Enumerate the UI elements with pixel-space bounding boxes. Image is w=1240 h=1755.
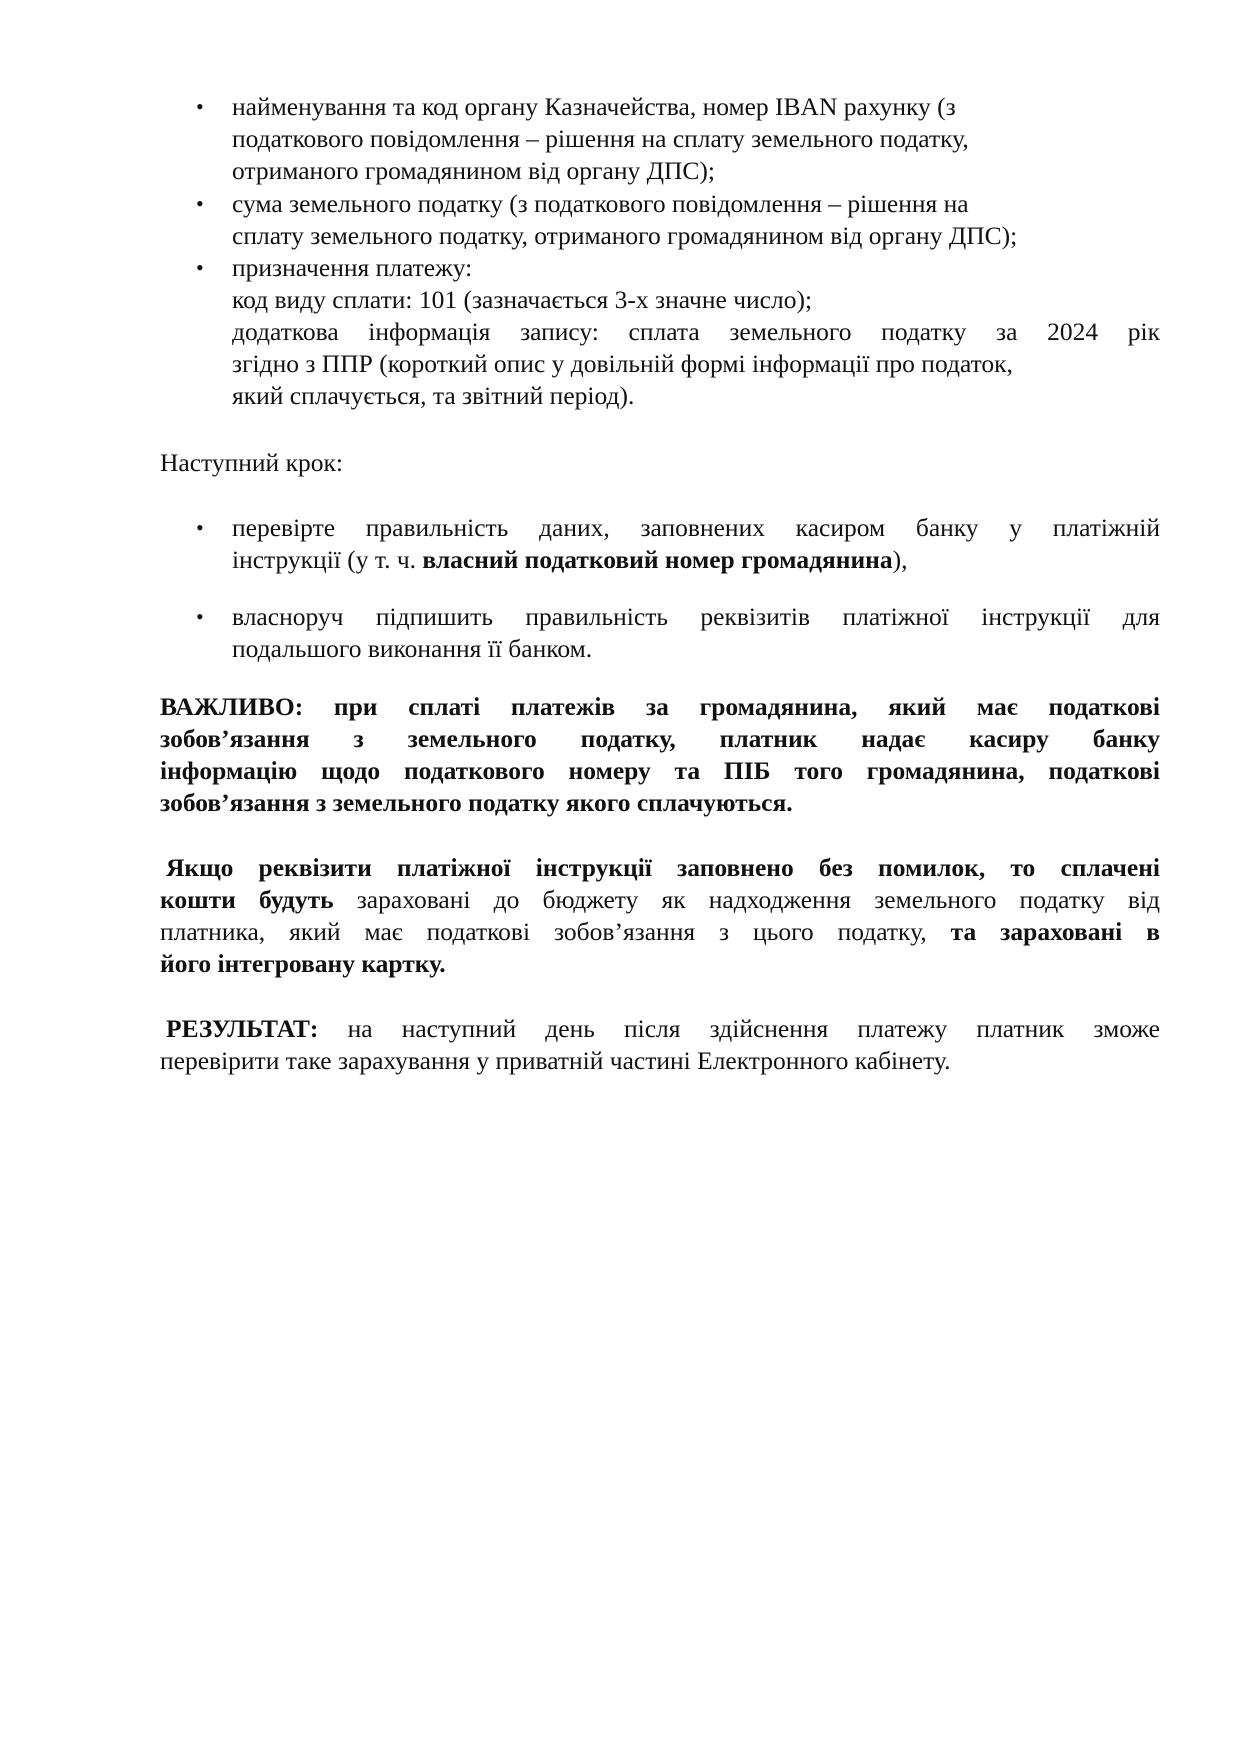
list1-item1-line3: отриманого громадянином від органу ДПС); <box>232 155 715 187</box>
list1-item2-line2: сплату земельного податку, отриманого гр… <box>232 220 1017 252</box>
list1-item3-line3: додаткова інформація запису: сплата земе… <box>232 316 1160 348</box>
important-line4: зобов’язання з земельного податку якого … <box>160 787 793 819</box>
bullet-icon: • <box>196 252 204 284</box>
if-correct-line1: Якщо реквізити платіжної інструкції запо… <box>166 852 1160 884</box>
list1-item3-line5: який сплачується, та звітний період). <box>232 380 634 412</box>
list1-item1-line2: податкового повідомлення – рішення на сп… <box>232 123 969 155</box>
important-line3: інформацію щодо податкового номеру та ПІ… <box>160 755 1160 787</box>
list2-item1-line2: інструкції (у т. ч. власний податковий н… <box>232 544 907 576</box>
next-step-heading: Наступний крок: <box>160 447 343 479</box>
if-correct-line4: його інтегровану картку. <box>160 948 446 980</box>
bullet-icon: • <box>196 512 204 544</box>
result-line2: перевірити таке зарахування у приватній … <box>160 1045 950 1077</box>
important-label: ВАЖЛИВО: <box>160 692 303 721</box>
result-label: РЕЗУЛЬТАТ: <box>166 1014 318 1043</box>
document-page: • найменування та код органу Казначейств… <box>0 0 1240 1755</box>
important-line1: ВАЖЛИВО: при сплаті платежів за громадян… <box>160 691 1160 723</box>
if-correct-line3: платника, який має податкові зобов’язанн… <box>160 916 1160 948</box>
list1-item3-line1: призначення платежу: <box>232 252 472 284</box>
bullet-icon: • <box>196 601 204 633</box>
if-correct-line2: кошти будуть зараховані до бюджету як на… <box>160 884 1160 916</box>
important-line2: зобов’язання з земельного податку, платн… <box>160 723 1160 755</box>
list1-item3-line2: код виду сплати: 101 (зазначається 3-х з… <box>232 284 812 316</box>
list2-item1-bold: власний податковий номер громадянина <box>422 545 892 574</box>
list2-item1-prefix: інструкції (у т. ч. <box>232 545 422 574</box>
list1-item2-line1: сума земельного податку (з податкового п… <box>232 188 969 220</box>
list2-item1-suffix: ), <box>893 545 908 574</box>
list2-item2-line2: подальшого виконання її банком. <box>232 633 592 665</box>
result-line1: РЕЗУЛЬТАТ: на наступний день після здійс… <box>166 1013 1160 1045</box>
bullet-icon: • <box>196 188 204 220</box>
list2-item2-line1: власноруч підпишить правильність реквізи… <box>232 601 1160 633</box>
list1-item3-line4: згідно з ППР (короткий опис у довільній … <box>232 348 1013 380</box>
bullet-icon: • <box>196 91 204 123</box>
list1-item1-line1: найменування та код органу Казначейства,… <box>232 91 956 123</box>
list2-item1-line1: перевірте правильність даних, заповнених… <box>232 512 1160 544</box>
